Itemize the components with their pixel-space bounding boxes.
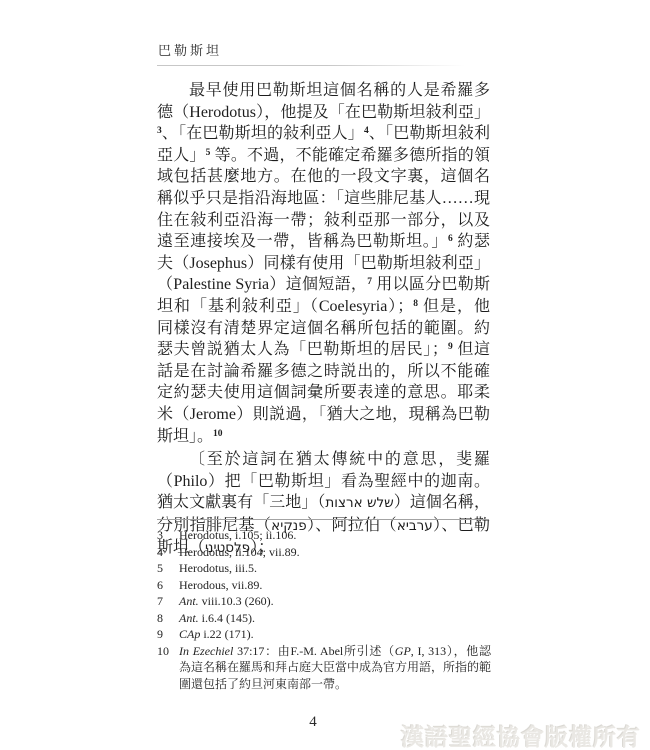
text-run: Herodotus, iii.5.: [179, 561, 257, 575]
book-page: 巴勒斯坦 最早使用巴勒斯坦這個名稱的人是希羅多德（Herodotus），他提及「…: [0, 0, 650, 750]
footnote: 6Herodous, vii.89.: [157, 577, 491, 594]
footnote-text: CAp i.22 (171).: [179, 626, 491, 643]
footnote: 5Herodotus, iii.5.: [157, 560, 491, 577]
footnote-text: Ant. viii.10.3 (260).: [179, 593, 491, 610]
footnote-text: In Ezechiel 37:17：由F.-M. Abel所引述（GP, I, …: [179, 643, 491, 693]
italic-citation: GP: [395, 644, 411, 658]
text-run: Herodous, vii.89.: [179, 578, 262, 592]
footnote-text: Herodotus, i.105; ii.106.: [179, 527, 491, 544]
text-run: 等。不過，不能確定希羅多德所指的領域包括甚麼地方。在他的一段文字裏，這個名稱似乎…: [157, 147, 490, 250]
footnote-separator: [157, 519, 489, 520]
text-run: i.6.4 (145).: [199, 611, 255, 625]
footnote-reference: 10: [213, 429, 223, 439]
footnote-number: 9: [157, 626, 179, 643]
footnote-text: Herodotus, ii.104; vii.89.: [179, 544, 491, 561]
text-run: 、「在巴勒斯坦的敍利亞人」: [162, 125, 364, 142]
footnotes: 3Herodotus, i.105; ii.106.4Herodotus, ii…: [157, 527, 491, 692]
text-run: viii.10.3 (260).: [199, 594, 274, 608]
footnote-number: 7: [157, 593, 179, 610]
running-header: 巴勒斯坦: [158, 40, 222, 59]
body-text: 最早使用巴勒斯坦這個名稱的人是希羅多德（Herodotus），他提及「在巴勒斯坦…: [157, 80, 490, 560]
hebrew-term: שלש ארצות: [325, 495, 393, 511]
footnote: 4Herodotus, ii.104; vii.89.: [157, 544, 491, 561]
footnote-text: Herodous, vii.89.: [179, 577, 491, 594]
italic-citation: CAp: [179, 627, 200, 641]
text-run: Herodotus, i.105; ii.106.: [179, 528, 296, 542]
header-rule: [157, 65, 465, 66]
italic-citation: Ant.: [179, 594, 199, 608]
italic-citation: Ant.: [179, 611, 199, 625]
footnote-number: 4: [157, 544, 179, 561]
paragraph: 最早使用巴勒斯坦這個名稱的人是希羅多德（Herodotus），他提及「在巴勒斯坦…: [157, 80, 490, 447]
italic-citation: In Ezechiel: [179, 644, 233, 658]
footnote: 9CAp i.22 (171).: [157, 626, 491, 643]
footnote-number: 5: [157, 560, 179, 577]
footnote: 3Herodotus, i.105; ii.106.: [157, 527, 491, 544]
footnote-number: 3: [157, 527, 179, 544]
footnote: 8Ant. i.6.4 (145).: [157, 610, 491, 627]
footnote-number: 6: [157, 577, 179, 594]
text-run: 37:17：由F.-M. Abel所引述（: [233, 644, 394, 658]
footnote-text: Herodotus, iii.5.: [179, 560, 491, 577]
text-run: Herodotus, ii.104; vii.89.: [179, 545, 300, 559]
footnote-number: 8: [157, 610, 179, 627]
footnote: 10In Ezechiel 37:17：由F.-M. Abel所引述（GP, I…: [157, 643, 491, 693]
footnote: 7Ant. viii.10.3 (260).: [157, 593, 491, 610]
footnote-text: Ant. i.6.4 (145).: [179, 610, 491, 627]
text-run: i.22 (171).: [200, 627, 253, 641]
footnote-number: 10: [157, 643, 179, 693]
text-run: 最早使用巴勒斯坦這個名稱的人是希羅多德（Herodotus），他提及「在巴勒斯坦…: [157, 82, 490, 121]
watermark: 漢語聖經協會版權所有: [401, 719, 641, 750]
